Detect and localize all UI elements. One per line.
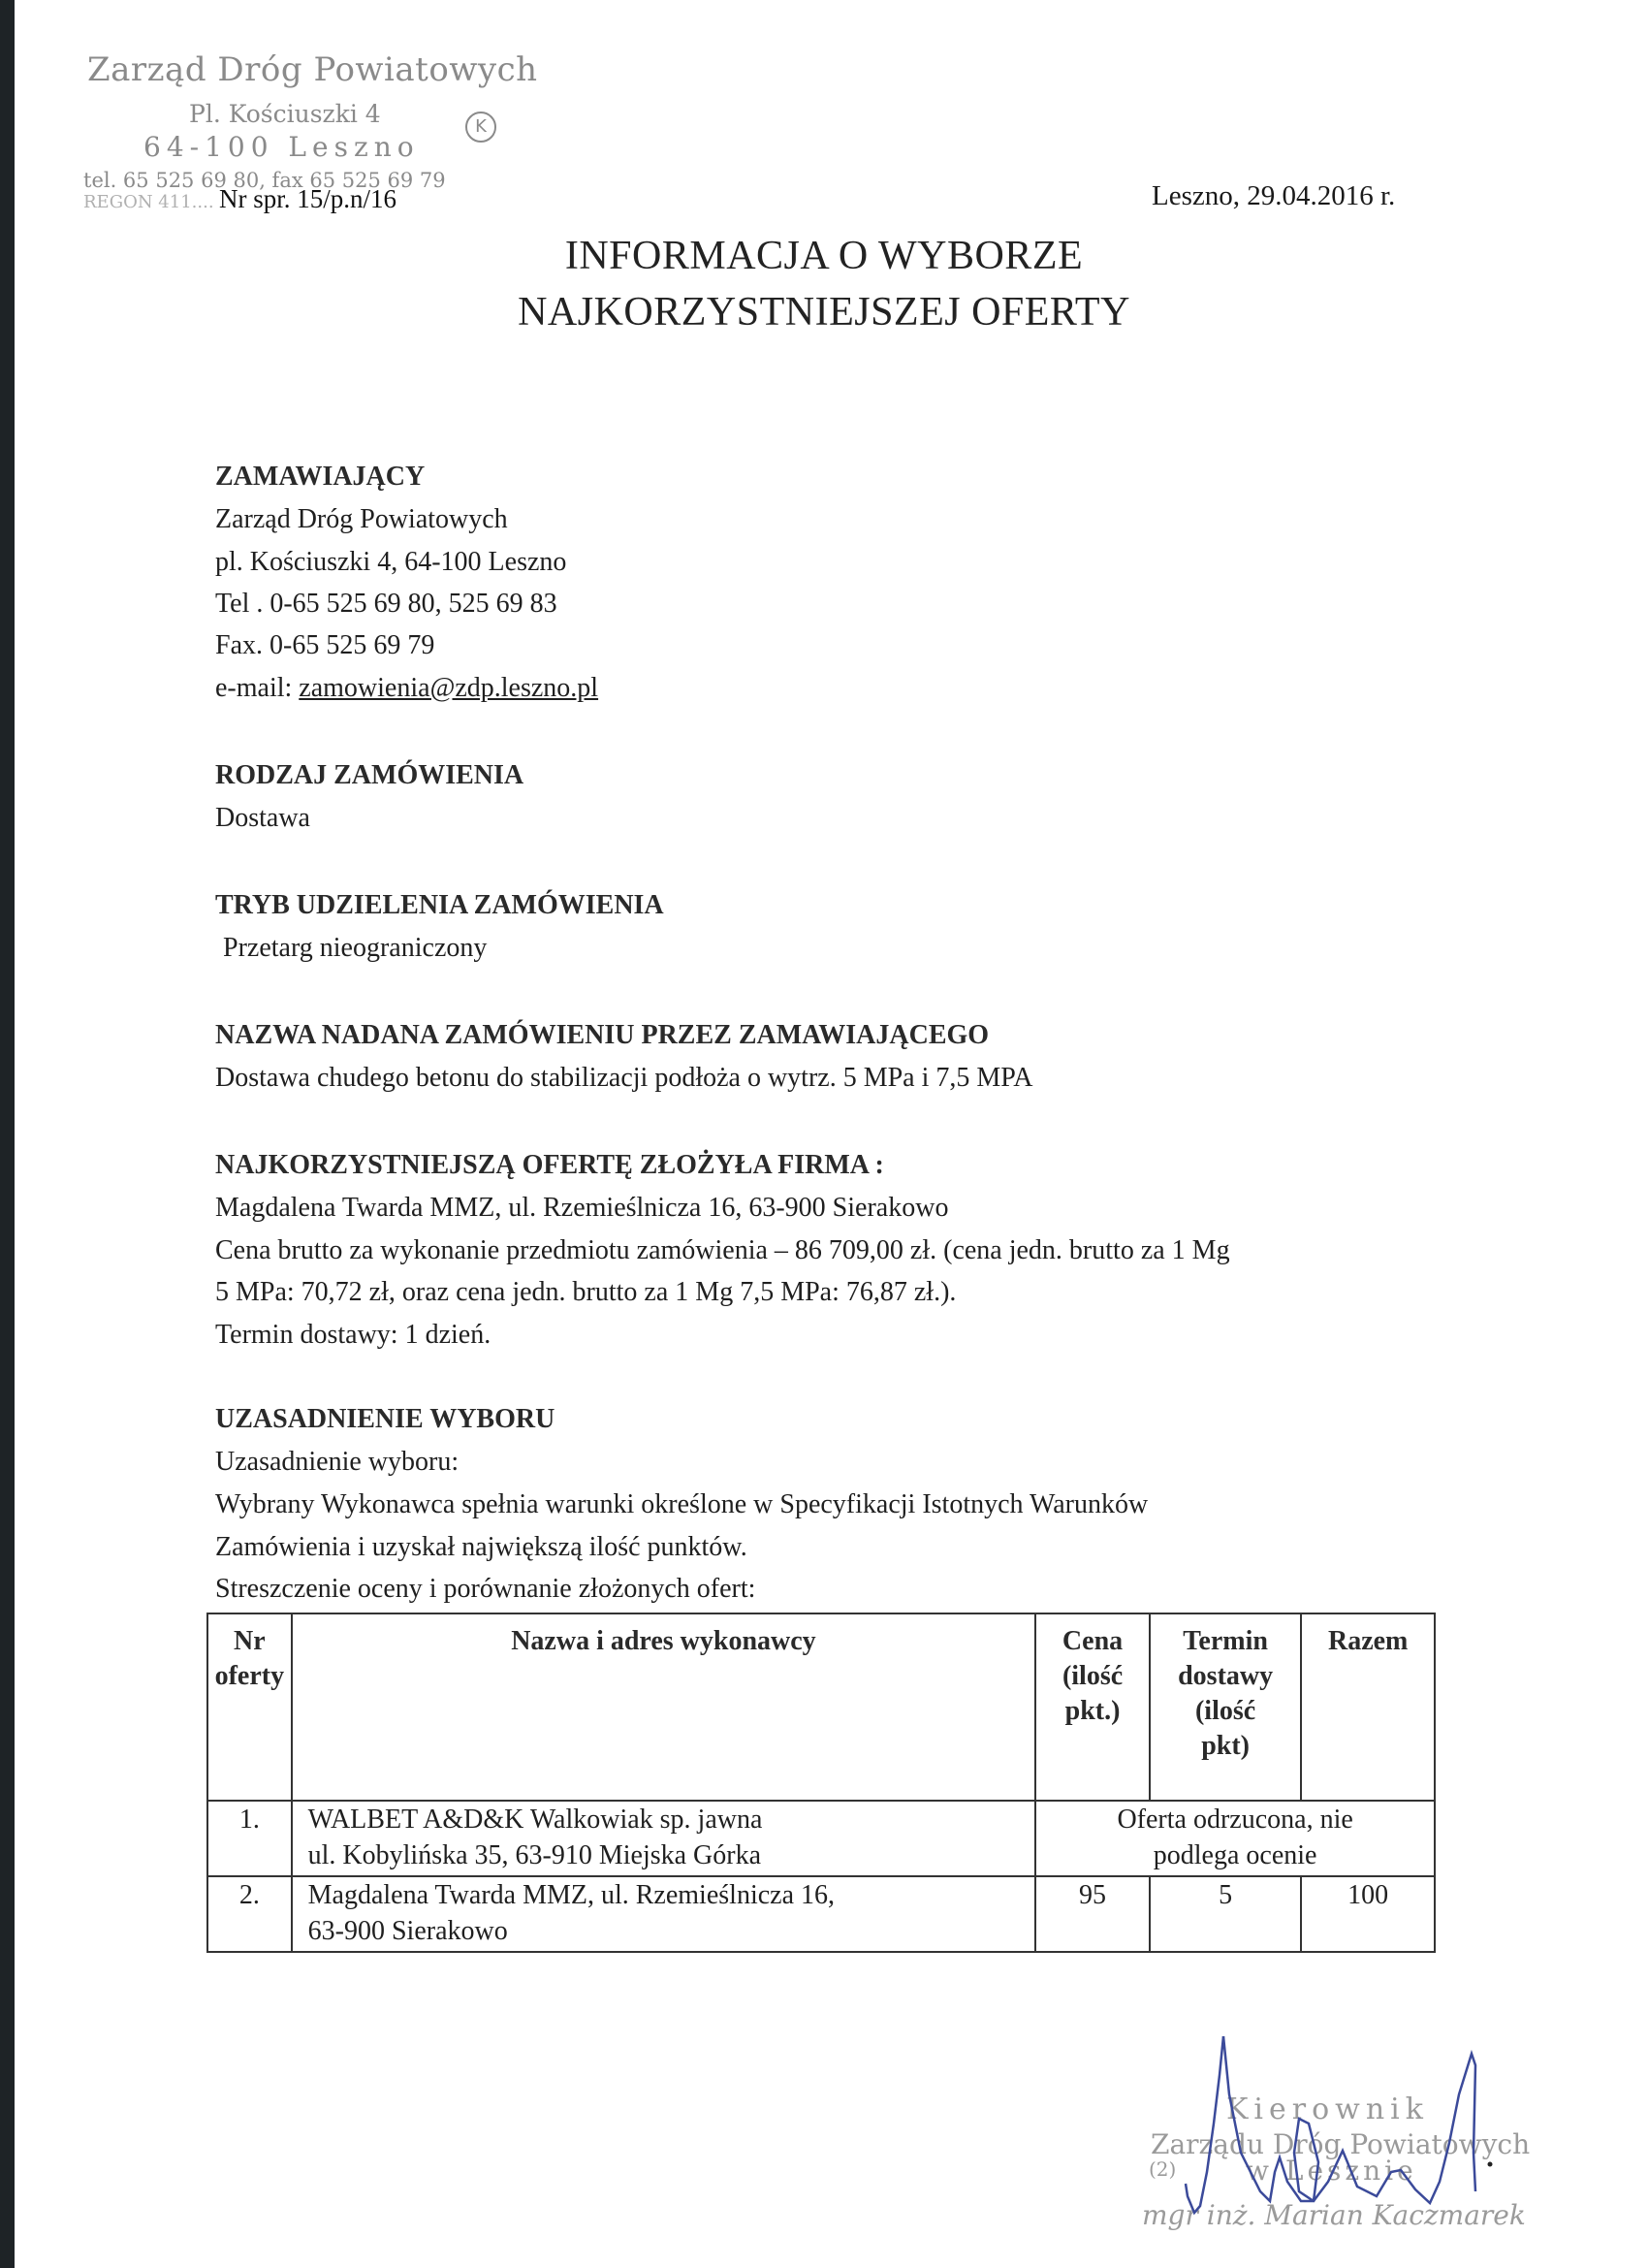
email-link[interactable]: zamowienia@zdp.leszno.pl bbox=[299, 673, 598, 703]
row-contractor: Magdalena Twarda MMZ, ul. Rzemieślnicza … bbox=[292, 1876, 1036, 1952]
header-price: Cena (ilość pkt.) bbox=[1035, 1613, 1150, 1801]
document-title-line1: INFORMACJA O WYBORZE bbox=[0, 233, 1648, 279]
justification-label: Uzasadnienie wyboru: bbox=[215, 1447, 459, 1478]
best-offer-company: Magdalena Twarda MMZ, ul. Rzemieślnicza … bbox=[215, 1193, 948, 1224]
row-nr: 2. bbox=[207, 1876, 292, 1952]
ordering-party-email-row: e-mail: zamowienia@zdp.leszno.pl bbox=[215, 673, 598, 704]
section-heading-best-offer: NAJKORZYSTNIEJSZĄ OFERTĘ ZŁOŻYŁA FIRMA : bbox=[215, 1150, 884, 1181]
email-label: e-mail: bbox=[215, 673, 299, 703]
ordering-party-fax: Fax. 0-65 525 69 79 bbox=[215, 630, 434, 661]
stamp-regon: REGON 411.... bbox=[83, 192, 214, 212]
ordering-party-tel: Tel . 0-65 525 69 80, 525 69 83 bbox=[215, 589, 557, 620]
row-contractor: WALBET A&D&K Walkowiak sp. jawna ul. Kob… bbox=[292, 1801, 1036, 1876]
section-heading-procedure: TRYB UDZIELENIA ZAMÓWIENIA bbox=[215, 890, 664, 921]
document-date: Leszno, 29.04.2016 r. bbox=[1152, 180, 1395, 212]
row-rejected-note: Oferta odrzucona, nie podlega ocenie bbox=[1035, 1801, 1435, 1876]
ordering-party-address: pl. Kościuszki 4, 64-100 Leszno bbox=[215, 547, 566, 578]
offers-table: Nr oferty Nazwa i adres wykonawcy Cena (… bbox=[206, 1613, 1436, 1953]
stamp-city: 64-100 Leszno bbox=[143, 131, 420, 163]
table-header-row: Nr oferty Nazwa i adres wykonawcy Cena (… bbox=[207, 1613, 1435, 1801]
stamp-k-circle-icon: K bbox=[465, 112, 496, 143]
header-nr: Nr oferty bbox=[207, 1613, 292, 1801]
table-row: 2. Magdalena Twarda MMZ, ul. Rzemieślnic… bbox=[207, 1876, 1435, 1952]
stamp-name: Zarząd Dróg Powiatowych bbox=[87, 50, 538, 89]
best-offer-price-line2: 5 MPa: 70,72 zł, oraz cena jedn. brutto … bbox=[215, 1277, 956, 1308]
row-delivery-points: 5 bbox=[1150, 1876, 1302, 1952]
order-name-value: Dostawa chudego betonu do stabilizacji p… bbox=[215, 1063, 1033, 1094]
row-total-points: 100 bbox=[1301, 1876, 1435, 1952]
handwritten-signature-icon bbox=[1115, 2036, 1522, 2268]
table-row: 1. WALBET A&D&K Walkowiak sp. jawna ul. … bbox=[207, 1801, 1435, 1876]
row-price-points: 95 bbox=[1035, 1876, 1150, 1952]
justification-text-line2: Zamówienia i uzyskał największą ilość pu… bbox=[215, 1532, 747, 1563]
header-name: Nazwa i adres wykonawcy bbox=[292, 1613, 1036, 1801]
ordering-party-name: Zarząd Dróg Powiatowych bbox=[215, 504, 508, 535]
stamp-street: Pl. Kościuszki 4 bbox=[189, 100, 381, 128]
section-heading-order-type: RODZAJ ZAMÓWIENIA bbox=[215, 760, 523, 791]
scan-edge bbox=[0, 0, 15, 2268]
justification-text-line1: Wybrany Wykonawca spełnia warunki określ… bbox=[215, 1489, 1148, 1520]
best-offer-delivery: Termin dostawy: 1 dzień. bbox=[215, 1320, 491, 1351]
order-type-value: Dostawa bbox=[215, 803, 310, 834]
procedure-value: Przetarg nieograniczony bbox=[223, 933, 487, 964]
document-title-line2: NAJKORZYSTNIEJSZEJ OFERTY bbox=[0, 289, 1648, 335]
row-nr: 1. bbox=[207, 1801, 292, 1876]
justification-summary: Streszczenie oceny i porównanie złożonyc… bbox=[215, 1574, 755, 1605]
reference-number: Nr spr. 15/p.n/16 bbox=[219, 184, 396, 214]
section-heading-order-name: NAZWA NADANA ZAMÓWIENIU PRZEZ ZAMAWIAJĄC… bbox=[215, 1020, 989, 1051]
header-delivery: Termin dostawy (ilość pkt) bbox=[1150, 1613, 1302, 1801]
section-heading-ordering-party: ZAMAWIAJĄCY bbox=[215, 462, 425, 493]
best-offer-price-line1: Cena brutto za wykonanie przedmiotu zamó… bbox=[215, 1235, 1230, 1266]
section-heading-justification: UZASADNIENIE WYBORU bbox=[215, 1404, 555, 1435]
header-total: Razem bbox=[1301, 1613, 1435, 1801]
